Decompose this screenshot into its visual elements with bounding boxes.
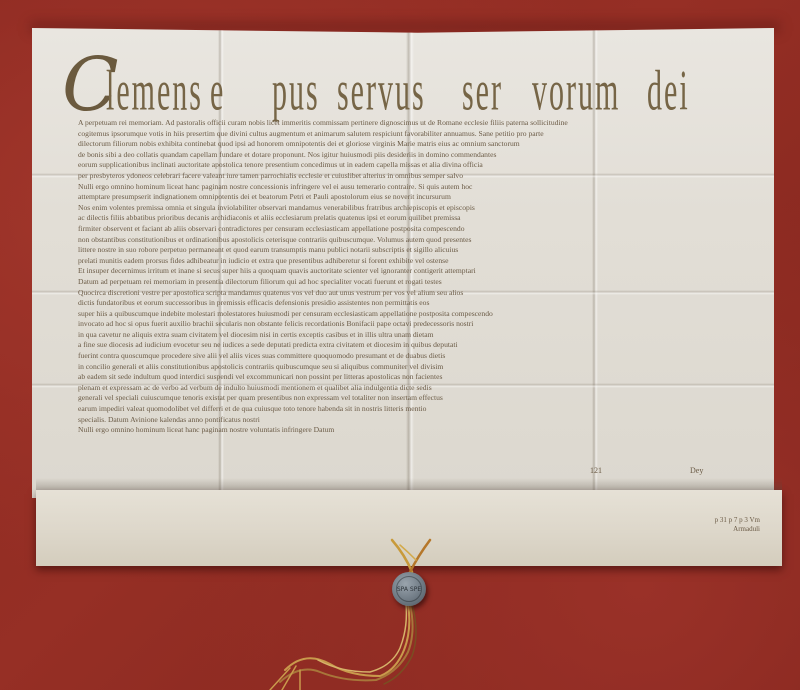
- seal-inscription: SPA SPE: [392, 572, 426, 606]
- lead-seal: SPA SPE: [392, 572, 426, 606]
